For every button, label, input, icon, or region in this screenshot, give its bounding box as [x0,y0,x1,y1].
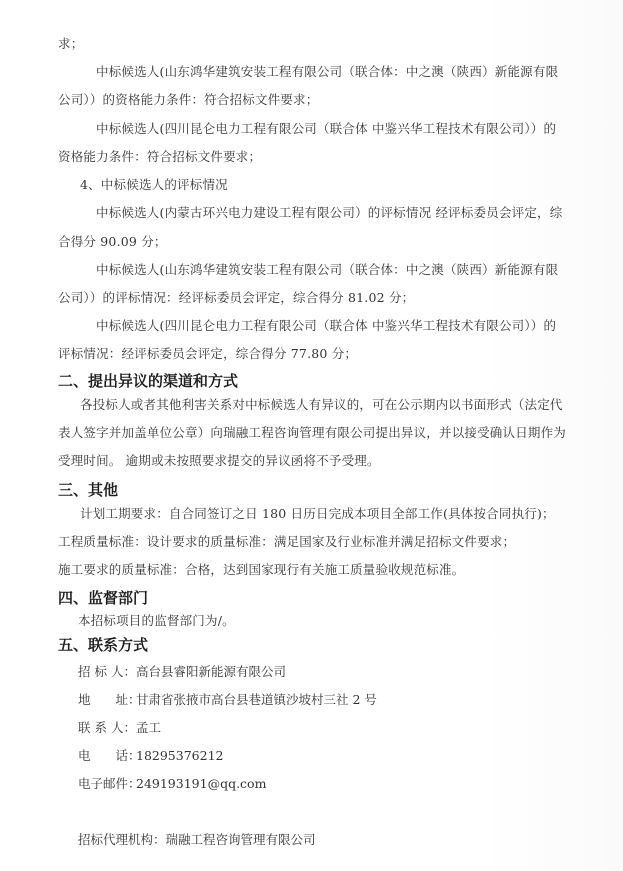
text-line: 工程质量标准：设计要求的质量标准：满足国家及行业标准并满足招标文件要求； [58,534,515,550]
section-heading-other: 三、其他 [58,479,118,500]
tenderer-value: 高台县睿阳新能源有限公司 [136,664,286,679]
text-line: 求； [58,36,83,52]
document-page: 求； 中标候选人(山东鸿华建筑安装工程有限公司（联合体：中之澳（陕西）新能源有限… [0,0,623,871]
text-line: 中标候选人(山东鸿华建筑安装工程有限公司（联合体：中之澳（陕西）新能源有限 [96,262,558,278]
phone-value: 18295376212 [136,748,223,763]
text-line: 表人签字并加盖单位公章）向瑞融工程咨询管理有限公司提出异议，并以接受确认日期作为 [58,425,566,441]
text-line: 评标情况：经评标委员会评定，综合得分 77.80 分； [58,346,357,362]
contact-person-value: 孟工 [136,720,161,735]
text-line: 资格能力条件：符合招标文件要求； [58,149,261,165]
agency-label: 招标代理机构： [78,832,166,847]
text-line: 公司））的评标情况：经评标委员会评定，综合得分 81.02 分； [58,290,414,306]
text-line: 各投标人或者其他利害关系对中标候选人有异议的，可在公示期内以书面形式（法定代 [80,397,563,413]
text-line: 中标候选人(四川昆仑电力工程有限公司（联合体 中鉴兴华工程技术有限公司））的 [96,318,556,334]
contact-person-label: 联 系 人： [78,718,136,736]
agency-value: 瑞融工程咨询管理有限公司 [166,832,316,847]
text-line: 公司））的资格能力条件：符合招标文件要求； [58,92,318,108]
section-heading-objection: 二、提出异议的渠道和方式 [58,370,238,391]
text-line: 施工要求的质量标准：合格，达到国家现行有关施工质量验收规范标准。 [58,562,464,578]
contact-address: 地 址：甘肃省张掖市高台县巷道镇沙坡村三社 2 号 [78,690,377,708]
text-line: 中标候选人(内蒙古环兴电力建设工程有限公司）的评标情况 经评标委员会评定，综 [96,205,562,221]
section-heading-contact: 五、联系方式 [58,634,148,655]
tenderer-label: 招 标 人： [78,662,136,680]
address-label: 地 址： [78,690,136,708]
email-label: 电子邮件： [78,774,136,792]
phone-label: 电 话： [78,746,136,764]
text-line: 计划工期要求：自合同签订之日 180 日历日完成本项目全部工作(具体按合同执行)… [80,506,555,522]
subsection-title: 4、中标候选人的评标情况 [80,177,228,193]
contact-phone: 电 话：18295376212 [78,746,223,764]
text-line: 受理时间。 逾期或未按照要求提交的异议函将不予受理。 [58,453,380,469]
contact-email: 电子邮件：249193191@qq.com [78,774,266,792]
text-line: 本招标项目的监督部门为/。 [78,613,235,629]
text-line: 合得分 90.09 分； [58,234,167,250]
contact-person: 联 系 人：孟工 [78,718,161,736]
address-value: 甘肃省张掖市高台县巷道镇沙坡村三社 2 号 [136,692,377,707]
section-heading-supervision: 四、监督部门 [58,587,148,608]
text-line: 中标候选人(四川昆仑电力工程有限公司（联合体 中鉴兴华工程技术有限公司））的 [96,121,556,137]
contact-tenderer: 招 标 人：高台县睿阳新能源有限公司 [78,662,286,680]
email-value: 249193191@qq.com [136,776,266,791]
contact-agency: 招标代理机构：瑞融工程咨询管理有限公司 [78,830,316,848]
text-line: 中标候选人(山东鸿华建筑安装工程有限公司（联合体：中之澳（陕西）新能源有限 [96,64,558,80]
